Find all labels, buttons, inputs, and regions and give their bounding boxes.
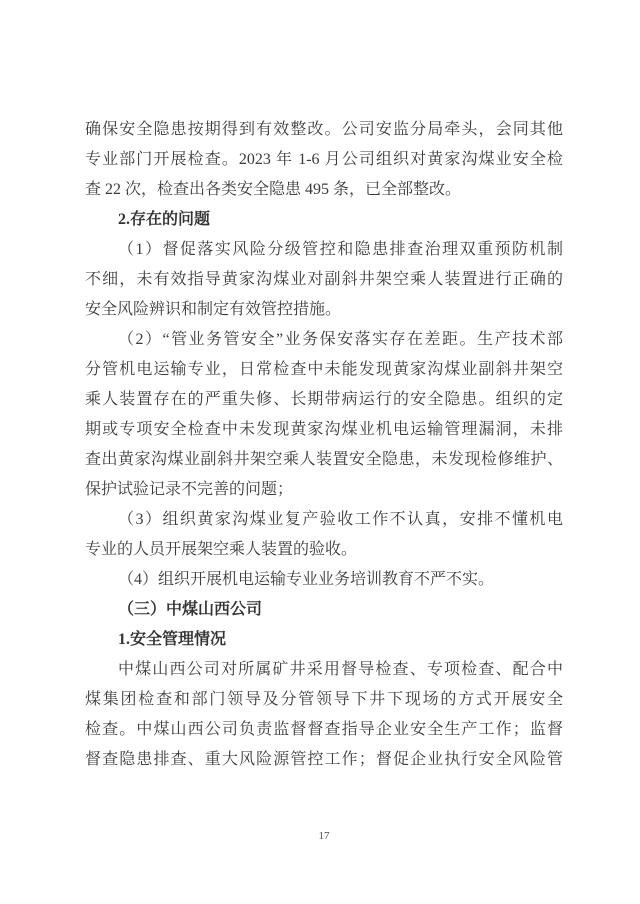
text-line: 不细，未有效指导黄家沟煤业对副斜井架空乘人装置进行正确的 xyxy=(85,265,563,295)
section-heading-problems: 2.存在的问题 xyxy=(85,205,563,235)
text-line: 期或专项安全检查中未发现黄家沟煤业机电运输管理漏洞，未排 xyxy=(85,415,563,445)
text-line: （1）督促落实风险分级管控和隐患排查治理双重预防机制 xyxy=(85,235,563,265)
section-heading-zhongmei-shanxi: （三）中煤山西公司 xyxy=(85,595,563,625)
text-line: （2）“管业务管安全”业务保安落实存在差距。生产技术部 xyxy=(85,325,563,355)
text-line: 煤集团检查和部门领导及分管领导下井下现场的方式开展安全 xyxy=(85,685,563,715)
text-line: 乘人装置存在的严重失修、长期带病运行的安全隐患。组织的定 xyxy=(85,385,563,415)
page-body: 确保安全隐患按期得到有效整改。公司安监分局牵头，会同其他 专业部门开展检查。20… xyxy=(85,115,563,775)
text-line: 检查。中煤山西公司负责监督督查指导企业安全生产工作；监督 xyxy=(85,715,563,745)
section-heading-safety-management: 1.安全管理情况 xyxy=(85,625,563,655)
text-line: （3）组织黄家沟煤业复产验收工作不认真，安排不懂机电 xyxy=(85,505,563,535)
document-page: 确保安全隐患按期得到有效整改。公司安监分局牵头，会同其他 专业部门开展检查。20… xyxy=(0,0,640,904)
text-line: 中煤山西公司对所属矿井采用督导检查、专项检查、配合中 xyxy=(85,655,563,685)
page-number: 17 xyxy=(85,826,563,846)
text-line: 查 22 次，检查出各类安全隐患 495 条，已全部整改。 xyxy=(85,175,563,205)
text-line: （4）组织开展机电运输专业业务培训教育不严不实。 xyxy=(85,565,563,595)
text-line: 分管机电运输专业，日常检查中未能发现黄家沟煤业副斜井架空 xyxy=(85,355,563,385)
text-line: 确保安全隐患按期得到有效整改。公司安监分局牵头，会同其他 xyxy=(85,115,563,145)
text-line: 保护试验记录不完善的问题； xyxy=(85,475,563,505)
text-line: 专业的人员开展架空乘人装置的验收。 xyxy=(85,535,563,565)
text-line: 查出黄家沟煤业副斜井架空乘人装置安全隐患，未发现检修维护、 xyxy=(85,445,563,475)
text-line: 督查隐患排查、重大风险源管控工作；督促企业执行安全风险管 xyxy=(85,745,563,775)
text-line: 专业部门开展检查。2023 年 1-6 月公司组织对黄家沟煤业安全检 xyxy=(85,145,563,175)
text-line: 安全风险辨识和制定有效管控措施。 xyxy=(85,295,563,325)
